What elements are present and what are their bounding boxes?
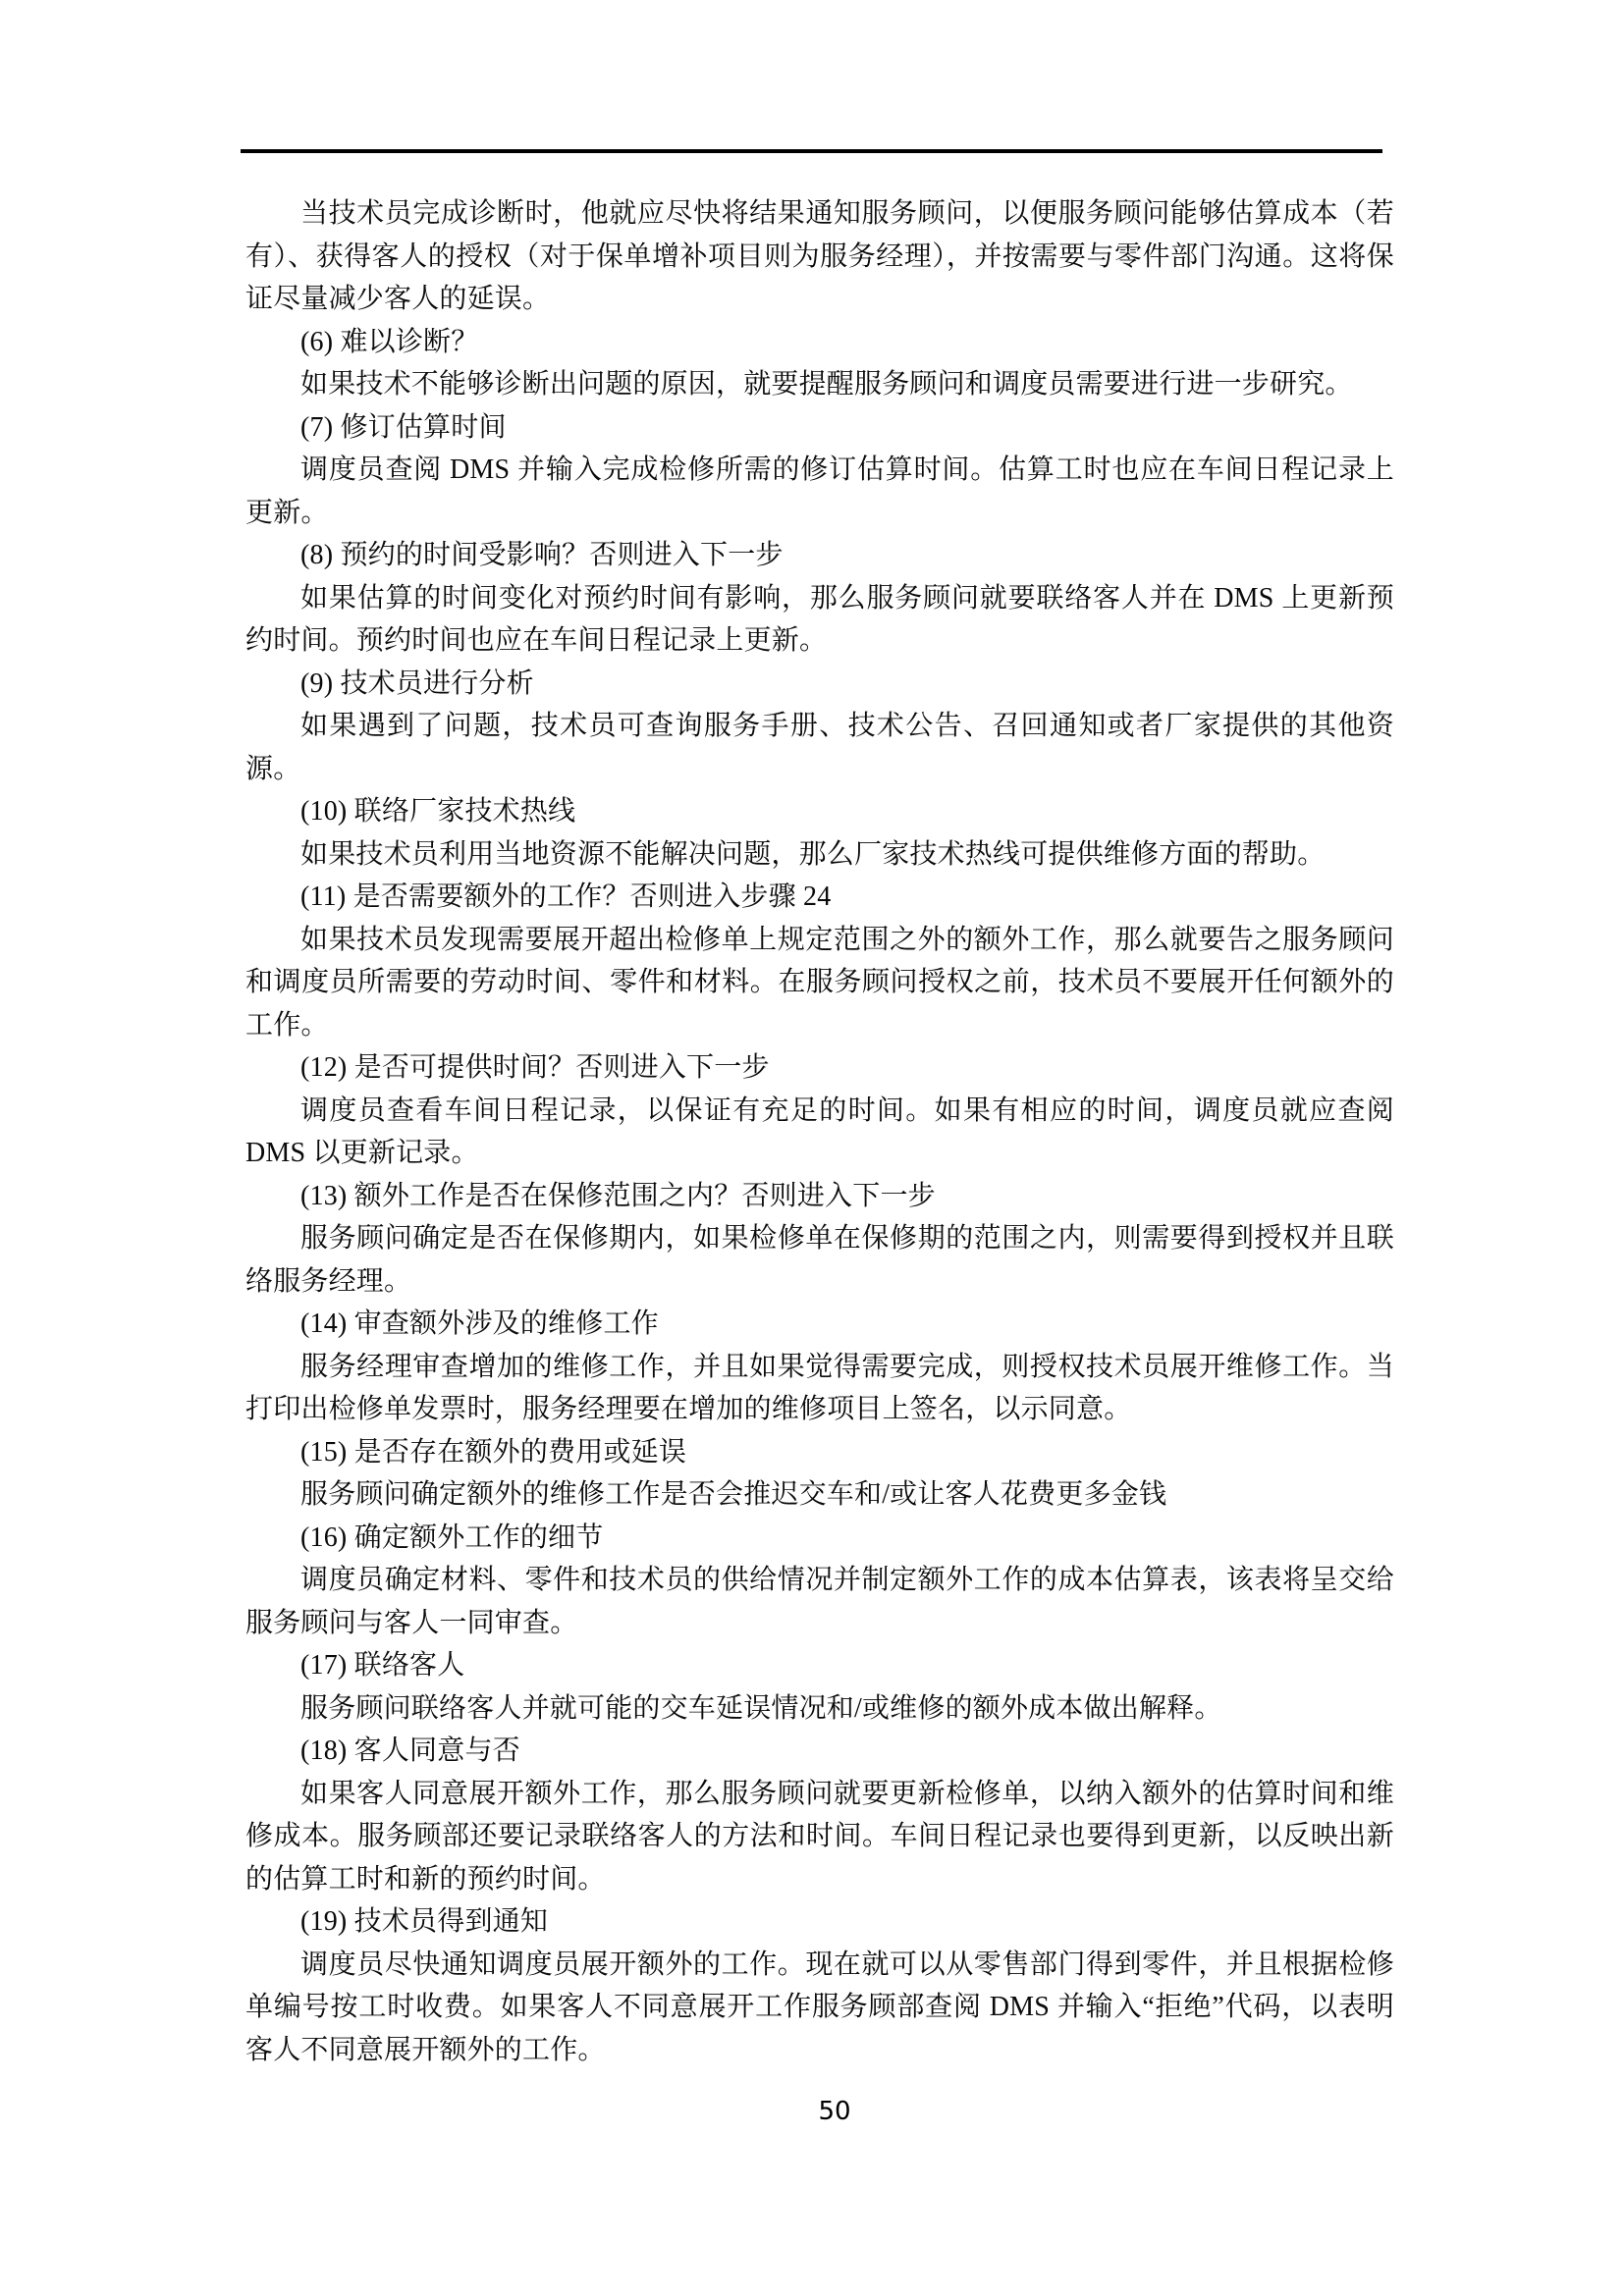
paragraph: 当技术员完成诊断时，他就应尽快将结果通知服务顾问，以便服务顾问能够估算成本（若有… — [245, 192, 1394, 321]
paragraph: (8) 预约的时间受影响？否则进入下一步 — [245, 534, 1394, 577]
paragraph: 服务顾问确定额外的维修工作是否会推迟交车和/或让客人花费更多金钱 — [245, 1473, 1394, 1517]
paragraph: 如果遇到了问题，技术员可查询服务手册、技术公告、召回通知或者厂家提供的其他资源。 — [245, 705, 1394, 790]
paragraph: (6) 难以诊断？ — [245, 321, 1394, 364]
page-number: 50 — [0, 2097, 1624, 2126]
paragraph: (19) 技术员得到通知 — [245, 1900, 1394, 1944]
paragraph: (10) 联络厂家技术热线 — [245, 790, 1394, 833]
paragraph: 如果客人同意展开额外工作，那么服务顾问就要更新检修单，以纳入额外的估算时间和维修… — [245, 1773, 1394, 1901]
paragraph: (15) 是否存在额外的费用或延误 — [245, 1431, 1394, 1474]
paragraph: (13) 额外工作是否在保修范围之内？否则进入下一步 — [245, 1175, 1394, 1218]
paragraph: 调度员确定材料、零件和技术员的供给情况并制定额外工作的成本估算表，该表将呈交给服… — [245, 1559, 1394, 1644]
paragraph: 服务顾问联络客人并就可能的交车延误情况和/或维修的额外成本做出解释。 — [245, 1687, 1394, 1731]
header-rule — [241, 149, 1382, 153]
paragraph: (14) 审查额外涉及的维修工作 — [245, 1303, 1394, 1346]
paragraph: 调度员尽快通知调度员展开额外的工作。现在就可以从零售部门得到零件，并且根据检修单… — [245, 1944, 1394, 2072]
document-body: 当技术员完成诊断时，他就应尽快将结果通知服务顾问，以便服务顾问能够估算成本（若有… — [245, 192, 1394, 2071]
paragraph: (11) 是否需要额外的工作？否则进入步骤 24 — [245, 876, 1394, 919]
paragraph: (7) 修订估算时间 — [245, 406, 1394, 450]
paragraph: (16) 确定额外工作的细节 — [245, 1517, 1394, 1560]
paragraph: 服务顾问确定是否在保修期内，如果检修单在保修期的范围之内，则需要得到授权并且联络… — [245, 1217, 1394, 1303]
paragraph: 调度员查阅 DMS 并输入完成检修所需的修订估算时间。估算工时也应在车间日程记录… — [245, 449, 1394, 534]
document-page: 当技术员完成诊断时，他就应尽快将结果通知服务顾问，以便服务顾问能够估算成本（若有… — [0, 0, 1624, 2296]
paragraph: (9) 技术员进行分析 — [245, 663, 1394, 706]
paragraph: 调度员查看车间日程记录，以保证有充足的时间。如果有相应的时间，调度员就应查阅 D… — [245, 1090, 1394, 1175]
paragraph: 如果估算的时间变化对预约时间有影响，那么服务顾问就要联络客人并在 DMS 上更新… — [245, 577, 1394, 663]
paragraph: 如果技术员利用当地资源不能解决问题，那么厂家技术热线可提供维修方面的帮助。 — [245, 833, 1394, 877]
paragraph: (17) 联络客人 — [245, 1644, 1394, 1687]
paragraph: 服务经理审查增加的维修工作，并且如果觉得需要完成，则授权技术员展开维修工作。当打… — [245, 1346, 1394, 1431]
paragraph: 如果技术不能够诊断出问题的原因，就要提醒服务顾问和调度员需要进行进一步研究。 — [245, 363, 1394, 406]
paragraph: (12) 是否可提供时间？否则进入下一步 — [245, 1046, 1394, 1090]
paragraph: 如果技术员发现需要展开超出检修单上规定范围之外的额外工作，那么就要告之服务顾问和… — [245, 919, 1394, 1047]
paragraph: (18) 客人同意与否 — [245, 1730, 1394, 1773]
